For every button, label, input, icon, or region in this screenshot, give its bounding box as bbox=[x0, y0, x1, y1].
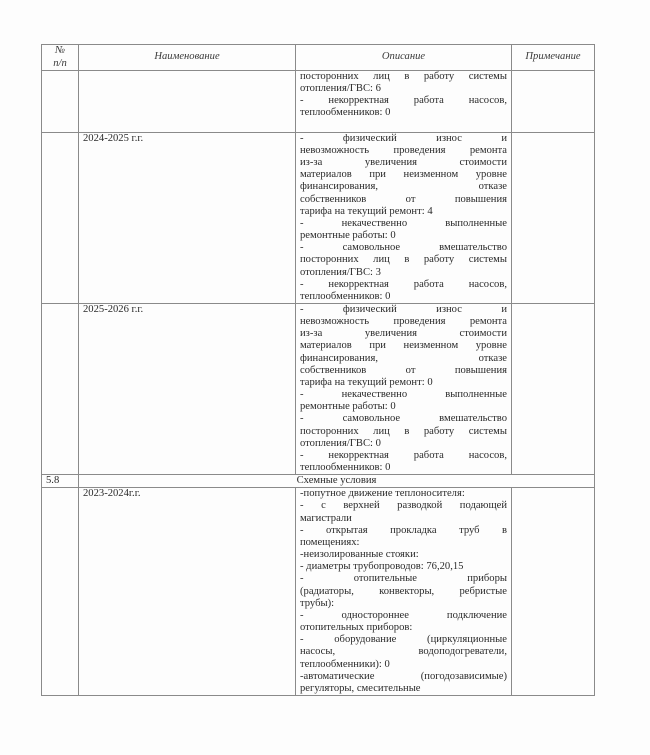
table-row: 2023-2024г.г.-попутное движение теплонос… bbox=[42, 488, 595, 696]
row-number bbox=[42, 488, 79, 696]
description-line: - физический износ и bbox=[300, 133, 507, 145]
table-row: посторонних лиц в работу системыотоплени… bbox=[42, 71, 595, 133]
section-number: 5.8 bbox=[42, 475, 79, 488]
description-line: - физический износ и bbox=[300, 304, 507, 316]
description-line: - некачественно выполненные bbox=[300, 389, 507, 401]
description-line: регуляторы, смесительные bbox=[300, 683, 507, 695]
description-line: финансирования, отказе bbox=[300, 353, 507, 365]
header-number-symbol: № bbox=[55, 45, 65, 56]
table-row: 2024-2025 г.г.- физический износ иневозм… bbox=[42, 132, 595, 303]
section-title: Схемные условия bbox=[79, 475, 595, 488]
description-line: финансирования, отказе bbox=[300, 181, 507, 193]
header-note: Примечание bbox=[512, 45, 595, 71]
row-number bbox=[42, 132, 79, 303]
row-name: 2025-2026 г.г. bbox=[79, 303, 296, 474]
row-description: посторонних лиц в работу системыотоплени… bbox=[296, 71, 512, 133]
row-note bbox=[512, 132, 595, 303]
description-line: материалов при неизменном уровне bbox=[300, 340, 507, 352]
description-line: -попутное движение теплоносителя: bbox=[300, 488, 507, 500]
description-line: из-за увеличения стоимости bbox=[300, 328, 507, 340]
description-line: отопления/ГВС: 6 bbox=[300, 83, 507, 95]
description-line: теплообменников: 0 bbox=[300, 291, 507, 303]
row-note bbox=[512, 303, 595, 474]
description-line: помещениях: bbox=[300, 537, 507, 549]
description-line: ремонтные работы: 0 bbox=[300, 401, 507, 413]
table-header-row: № п/п Наименование Описание Примечание bbox=[42, 45, 595, 71]
description-line: материалов при неизменном уровне bbox=[300, 169, 507, 181]
description-line: теплообменники): 0 bbox=[300, 659, 507, 671]
row-description: -попутное движение теплоносителя:- с вер… bbox=[296, 488, 512, 696]
description-line: - некачественно выполненные bbox=[300, 218, 507, 230]
description-line: - с верхней разводкой подающей bbox=[300, 500, 507, 512]
document-page: № п/п Наименование Описание Примечание п… bbox=[0, 0, 650, 755]
description-line bbox=[300, 120, 507, 132]
row-number bbox=[42, 71, 79, 133]
table-body: посторонних лиц в работу системыотоплени… bbox=[42, 71, 595, 696]
description-line: теплообменников: 0 bbox=[300, 462, 507, 474]
description-line: ремонтные работы: 0 bbox=[300, 230, 507, 242]
description-line: - некорректная работа насосов, bbox=[300, 95, 507, 107]
description-line: -автоматические (погодозависимые) bbox=[300, 671, 507, 683]
description-line: отопительных приборов: bbox=[300, 622, 507, 634]
conditions-table: № п/п Наименование Описание Примечание п… bbox=[41, 44, 595, 696]
description-line: - оборудование (циркуляционные bbox=[300, 634, 507, 646]
row-note bbox=[512, 71, 595, 133]
description-line: тарифа на текущий ремонт: 0 bbox=[300, 377, 507, 389]
description-line: посторонних лиц в работу системы bbox=[300, 254, 507, 266]
row-description: - физический износ иневозможность провед… bbox=[296, 132, 512, 303]
row-name: 2023-2024г.г. bbox=[79, 488, 296, 696]
description-line: насосы, водоподогреватели, bbox=[300, 646, 507, 658]
description-line: - открытая прокладка труб в bbox=[300, 525, 507, 537]
description-line: невозможность проведения ремонта bbox=[300, 145, 507, 157]
row-note bbox=[512, 488, 595, 696]
description-line: собственников от повышения bbox=[300, 365, 507, 377]
description-line: - некорректная работа насосов, bbox=[300, 279, 507, 291]
row-name bbox=[79, 71, 296, 133]
header-description: Описание bbox=[296, 45, 512, 71]
description-line: - отопительные приборы bbox=[300, 573, 507, 585]
header-name: Наименование bbox=[79, 45, 296, 71]
description-line: отопления/ГВС: 0 bbox=[300, 438, 507, 450]
description-line: невозможность проведения ремонта bbox=[300, 316, 507, 328]
table-row: 2025-2026 г.г.- физический износ иневозм… bbox=[42, 303, 595, 474]
description-line: собственников от повышения bbox=[300, 194, 507, 206]
description-line: - некорректная работа насосов, bbox=[300, 450, 507, 462]
row-number bbox=[42, 303, 79, 474]
description-line: посторонних лиц в работу системы bbox=[300, 71, 507, 83]
description-line: посторонних лиц в работу системы bbox=[300, 426, 507, 438]
description-line: - самовольное вмешательство bbox=[300, 242, 507, 254]
description-line: - диаметры трубопроводов: 76,20,15 bbox=[300, 561, 507, 573]
section-row: 5.8Схемные условия bbox=[42, 475, 595, 488]
description-line: (радиаторы, конвекторы, ребристые bbox=[300, 586, 507, 598]
description-line: - самовольное вмешательство bbox=[300, 413, 507, 425]
row-description: - физический износ иневозможность провед… bbox=[296, 303, 512, 474]
header-number: № п/п bbox=[42, 45, 79, 71]
description-line: трубы): bbox=[300, 598, 507, 610]
description-line: -неизолированные стояки: bbox=[300, 549, 507, 561]
description-line: - одностороннее подключение bbox=[300, 610, 507, 622]
header-number-label: п/п bbox=[53, 58, 67, 69]
description-line: магистрали bbox=[300, 513, 507, 525]
row-name: 2024-2025 г.г. bbox=[79, 132, 296, 303]
description-line: тарифа на текущий ремонт: 4 bbox=[300, 206, 507, 218]
description-line: из-за увеличения стоимости bbox=[300, 157, 507, 169]
description-line: теплообменников: 0 bbox=[300, 107, 507, 119]
description-line: отопления/ГВС: 3 bbox=[300, 267, 507, 279]
